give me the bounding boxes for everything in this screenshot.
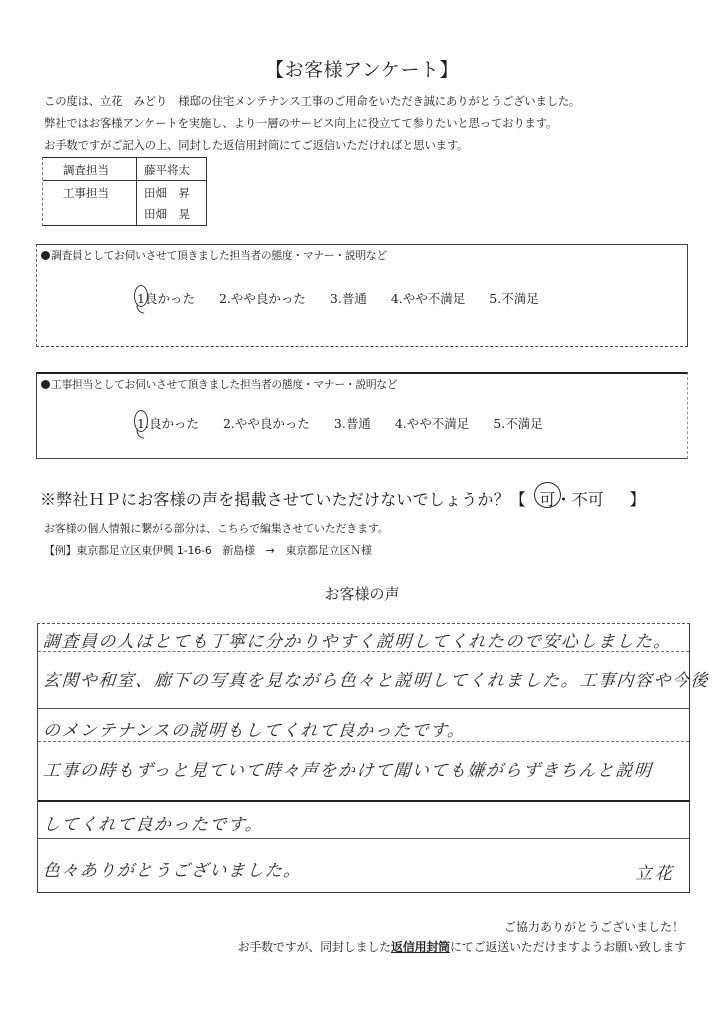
rating-option-1-selected[interactable]: 1.良かった <box>137 414 199 432</box>
rating-options-construction: 1.良かった 2.やや良かった 3.普通 4.やや不満足 5.不満足 <box>137 414 543 432</box>
footer-thanks: ご協力ありがとうございました！ <box>504 918 684 935</box>
ruled-line <box>38 838 689 839</box>
bullet-icon <box>41 251 50 260</box>
ruled-line <box>38 800 689 802</box>
rating-option-4[interactable]: 4.やや不満足 <box>395 414 469 432</box>
intro-line-2: 弊社ではお客様アンケートを実施し、より一層のサービス向上に役立てて参りたいと思っ… <box>44 115 557 131</box>
rating-option-3[interactable]: 3.普通 <box>334 414 371 432</box>
customer-signature: 立花 <box>635 859 675 884</box>
rating-option-5[interactable]: 5.不満足 <box>489 289 538 307</box>
bullet-icon <box>41 380 50 389</box>
staff-role-survey: 調査担当 <box>63 162 109 178</box>
rating-option-4[interactable]: 4.やや不満足 <box>391 289 465 307</box>
rating-option-2[interactable]: 2.やや良かった <box>219 289 306 307</box>
hp-publish-question: ※弊社ＨＰにお客様の声を掲載させていただけないでしょうか？【 可 ・不可 】 <box>40 487 646 510</box>
circle-mark-tail-icon <box>135 428 145 438</box>
customer-voice-title: お客様の声 <box>0 583 724 604</box>
table-row-divider <box>43 180 206 181</box>
survey-question-construction: 工事担当としてお伺いさせて頂きました担当者の態度・マナー・説明など <box>41 377 397 392</box>
footer-request: お手数ですが、同封しました返信用封筒にてご返送いただけますようお願い致します <box>238 938 686 955</box>
intro-line-1: この度は、立花 みどり 様邸の住宅メンテナンス工事のご用命をいただき誠にありがと… <box>44 93 580 109</box>
staff-table: 調査担当 藤平将太 工事担当 田畑 昇 田畑 晃 <box>42 157 207 226</box>
survey-construction: 工事担当としてお伺いさせて頂きました担当者の態度・マナー・説明など 1.良かった… <box>36 372 688 459</box>
staff-role-construction: 工事担当 <box>63 185 109 201</box>
ruled-line <box>38 741 689 742</box>
table-column-divider <box>136 158 137 225</box>
staff-name-construction-1: 田畑 昇 <box>144 185 190 201</box>
voice-line-4: 工事の時もずっと見ていて時々声をかけて聞いても嫌がらずきちんと説明 <box>42 756 653 781</box>
hp-close-bracket: 】 <box>629 490 645 509</box>
survey-question-surveyor: 調査員としてお伺いさせて頂きました担当者の態度・マナー・説明など <box>41 248 387 263</box>
ruled-line <box>38 708 689 709</box>
staff-name-construction-2: 田畑 晃 <box>144 206 190 222</box>
voice-line-5: してくれて良かったです。 <box>42 810 264 835</box>
rating-option-5[interactable]: 5.不満足 <box>493 414 542 432</box>
return-envelope-emphasis: 返信用封筒 <box>391 940 450 954</box>
hp-publish-example: 【例】東京都足立区東伊興 1-16-6 新島様 → 東京都足立区Ｎ様 <box>44 542 372 558</box>
hp-publish-note: お客様の個人情報に繋がる部分は、こちらで編集させていただきます。 <box>44 520 389 536</box>
circle-mark-tail-icon <box>135 303 145 313</box>
intro-line-3: お手数ですがご記入の上、同封した返信用封筒にてご返信いただければと思います。 <box>44 137 468 153</box>
document-title: 【お客様アンケート】 <box>0 55 724 82</box>
voice-line-1: 調査員の人はとても丁寧に分かりやすく説明してくれたので安心しました。 <box>42 627 673 652</box>
staff-name-survey: 藤平将太 <box>144 162 190 178</box>
customer-voice-box: 調査員の人はとても丁寧に分かりやすく説明してくれたので安心しました。 玄関や和室… <box>37 623 690 893</box>
rating-option-1-selected[interactable]: 1良かった <box>137 289 195 307</box>
voice-line-2: 玄関や和室、廊下の写真を見ながら色々と説明してくれました。工事内容や今後 <box>42 666 710 691</box>
hp-choice-no[interactable]: 不可 <box>572 487 604 510</box>
rating-option-2[interactable]: 2.やや良かった <box>223 414 310 432</box>
rating-options-surveyor: 1良かった 2.やや良かった 3.普通 4.やや不満足 5.不満足 <box>137 289 539 307</box>
voice-line-3: のメンテナンスの説明もしてくれて良かったです。 <box>42 716 467 741</box>
hp-choice-yes-selected[interactable]: 可 <box>539 487 555 510</box>
rating-option-3[interactable]: 3.普通 <box>330 289 367 307</box>
voice-line-6: 色々ありがとうございました。 <box>42 856 303 881</box>
survey-surveyor: 調査員としてお伺いさせて頂きました担当者の態度・マナー・説明など 1良かった 2… <box>36 244 688 347</box>
